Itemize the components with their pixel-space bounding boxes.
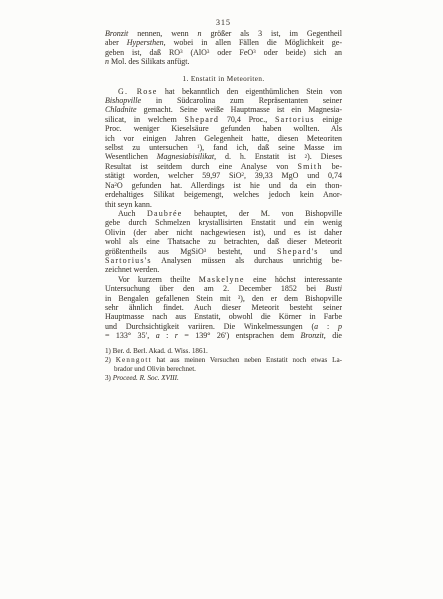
text-segment: Na (105, 181, 114, 190)
text-segment: Maskelyne (199, 275, 245, 284)
text-segment: Sartorius (275, 115, 315, 124)
text-segment: wohl als eine Thatsache zu betrachten, d… (105, 237, 342, 246)
paragraph: Vor kurzem theilte Maskelyne eine höchst… (105, 275, 342, 341)
text-segment: thit seyn kann. (105, 200, 152, 209)
text-segment: Wesentlichen (105, 152, 157, 161)
text-segment: Analysen müssen als durchaus unrichtig b… (152, 256, 342, 265)
text-segment: Shepard's (277, 247, 319, 256)
text-segment: O gefunden hat. Allerdings ist hie und d… (117, 181, 342, 190)
text-line: Wesentlichen Magnesiabisilikat, d. h. En… (105, 152, 342, 161)
text-segment: erdehaltiges Silikat beigemengt, welches… (105, 190, 342, 199)
text-segment: , 39,33 MgO und 0,74 (244, 171, 342, 180)
text-segment: , die (324, 331, 342, 340)
text-line: Hauptmasse nach aus Enstatit, obwohl die… (105, 312, 342, 321)
text-line: silicat, in welchem Shepard 70,4 Proc., … (105, 115, 342, 124)
text-segment: Busti (326, 284, 342, 293)
superscript-marker: 3 (238, 296, 240, 301)
text-line: sehr ähnlich findet. Auch dieser Meteori… (105, 303, 342, 312)
text-segment: ), den er dem Bishopville (240, 294, 342, 303)
text-segment: stätigt worden, welcher 59,97 SiO (105, 171, 241, 180)
footnote-line: 3) Proceed. R. Soc. XVIII. (105, 374, 342, 383)
text-segment: Bronzit (105, 29, 128, 38)
text-segment: gebe durch Schmelzen krystallisirten Ens… (105, 218, 342, 227)
text-segment: Bishopville (105, 96, 141, 105)
footnote-line: 2) Kenngott hat aus meinen Versuchen neb… (105, 356, 342, 365)
text-segment: 1) Ber. d. Berl. Akad. d. Wiss. 1861. (105, 347, 208, 355)
text-line: Vor kurzem theilte Maskelyne eine höchst… (105, 275, 342, 284)
superscript-marker: 2 (241, 173, 243, 178)
text-segment: Chladnite (105, 105, 137, 114)
text-line: = 133° 35′, a : r = 139° 26′) entsprache… (105, 331, 342, 340)
text-segment: = 139° 26′) entsprachen dem (178, 331, 301, 340)
text-line: Sartorius's Analysen müssen als durchaus… (105, 256, 342, 265)
text-line: n Mol. des Silikats anfügt. (105, 57, 342, 66)
text-segment: : (160, 331, 175, 340)
text-segment: Smith (297, 162, 322, 171)
text-segment: Hauptmasse nach aus Enstatit, obwohl die… (105, 312, 342, 321)
text-segment: be- (323, 162, 342, 171)
text-segment: silicat, in welchem (105, 115, 184, 124)
superscript-marker: 2 (114, 183, 116, 188)
text-segment: oder FeO (209, 48, 253, 57)
section-heading: 1. Enstatit in Meteoriten. (105, 75, 342, 84)
text-line: thit seyn kann. (105, 200, 342, 209)
text-line: größtentheils aus MgSiO3 besteht, und Sh… (105, 247, 342, 256)
paragraph: Auch Daubrée behauptet, der M. von Bisho… (105, 209, 342, 275)
text-segment: ), fand ich, daß seine Masse im (199, 143, 342, 152)
text-line: Na2O gefunden hat. Allerdings ist hie un… (105, 181, 342, 190)
text-line: Auch Daubrée behauptet, der M. von Bisho… (105, 209, 342, 218)
text-segment: Magnesiabisilikat (157, 152, 214, 161)
text-segment: Untersuchung über den am 2. December 185… (105, 284, 326, 293)
text-segment: Daubrée (147, 209, 183, 218)
text-segment: Kenngott (116, 356, 152, 364)
text-segment: in Südcarolina zum Repräsentanten seiner (141, 96, 342, 105)
text-segment: nennen, wenn (128, 29, 197, 38)
text-line: und Durchsichtigkeit variiren. Die Winke… (105, 322, 342, 331)
text-line: ich vor einigen Jahren Gelegenheit hatte… (105, 134, 342, 143)
text-line: Untersuchung über den am 2. December 185… (105, 284, 342, 293)
superscript-marker: 3 (253, 50, 255, 55)
text-segment: einige (315, 115, 342, 124)
text-segment: selbst zu untersuchen (105, 143, 197, 152)
text-segment: 70,4 Proc., (219, 115, 275, 124)
text-segment: ich vor einigen Jahren Gelegenheit hatte… (105, 134, 342, 143)
text-segment: = 133° 35′, (105, 331, 156, 340)
text-segment: zeichnet werden. (105, 265, 159, 274)
text-segment: brador und Olivin berechnet. (114, 365, 196, 373)
text-segment: p (338, 322, 342, 331)
text-segment: aber (105, 38, 127, 47)
text-segment: Hypersthen (127, 38, 164, 47)
text-line: in Bengalen gefallenen Stein mit 3), den… (105, 294, 342, 303)
text-column: Bronzit nennen, wenn n größer als 3 ist,… (105, 29, 342, 383)
text-segment: : (318, 322, 338, 331)
text-line: G. Rose hat bekanntlich den eigenthümlic… (105, 87, 342, 96)
text-segment: und (319, 247, 342, 256)
text-segment: 3) (105, 374, 113, 382)
footnote-line: brador und Olivin berechnet. (105, 365, 342, 374)
text-segment: Bronzit (301, 331, 324, 340)
text-segment: geben ist, daß RO (105, 48, 180, 57)
text-segment: ). Dieses (307, 152, 342, 161)
text-line: stätigt worden, welcher 59,97 SiO2, 39,3… (105, 171, 342, 180)
text-line: zeichnet werden. (105, 265, 342, 274)
text-segment: (AlO (183, 48, 207, 57)
text-segment: hat aus meinen Versuchen neben Enstatit … (152, 356, 342, 364)
text-segment: Shepard (184, 115, 219, 124)
text-segment: Sartorius's (105, 256, 152, 265)
text-segment: Proceed. R. Soc. XVIII. (113, 374, 179, 382)
text-segment: gemacht. Seine weiße Hauptmasse ist ein … (137, 105, 342, 114)
text-line: Bronzit nennen, wenn n größer als 3 ist,… (105, 29, 342, 38)
footnotes-block: 1) Ber. d. Berl. Akad. d. Wiss. 1861.2) … (105, 347, 342, 383)
text-segment: größer als 3 ist, im Gegentheil (202, 29, 342, 38)
text-segment: Resultat ist seitdem durch eine Analyse … (105, 162, 297, 171)
text-line: selbst zu untersuchen 1), fand ich, daß … (105, 143, 342, 152)
text-segment: hat bekanntlich den eigenthümlichen Stei… (158, 87, 342, 96)
text-line: Proc. weniger Kieselsäure gefunden haben… (105, 124, 342, 133)
text-line: geben ist, daß RO3 (AlO3 oder FeO3 oder … (105, 48, 342, 57)
superscript-marker: 2 (305, 155, 307, 160)
footnote-line: 1) Ber. d. Berl. Akad. d. Wiss. 1861. (105, 347, 342, 356)
text-segment: Olivin (der aber nicht nachgewiesen ist)… (105, 228, 342, 237)
text-segment: Proc. weniger Kieselsäure gefunden haben… (105, 124, 342, 133)
text-line: wohl als eine Thatsache zu betrachten, d… (105, 237, 342, 246)
text-segment: behauptet, der M. von Bishopville (182, 209, 342, 218)
text-segment: oder beide) sich an (256, 48, 342, 57)
text-segment: , d. h. Enstatit ist (214, 152, 305, 161)
text-segment: Auch (118, 209, 147, 218)
text-segment: in Bengalen gefallenen Stein mit (105, 294, 238, 303)
paragraph: Bronzit nennen, wenn n größer als 3 ist,… (105, 29, 342, 67)
text-segment: Vor kurzem theilte (118, 275, 199, 284)
text-line: erdehaltiges Silikat beigemengt, welches… (105, 190, 342, 199)
text-line: Resultat ist seitdem durch eine Analyse … (105, 162, 342, 171)
text-segment: sehr ähnlich findet. Auch dieser Meteori… (105, 303, 342, 312)
text-segment: Mol. des Silikats anfügt. (109, 57, 189, 66)
scanned-book-page: 315 Bronzit nennen, wenn n größer als 3 … (0, 0, 443, 599)
paragraph: G. Rose hat bekanntlich den eigenthümlic… (105, 87, 342, 209)
superscript-marker: 3 (204, 249, 206, 254)
text-segment: und Durchsichtigkeit variiren. Die Winke… (105, 322, 314, 331)
text-line: Bishopville in Südcarolina zum Repräsent… (105, 96, 342, 105)
text-segment: , wobei in allen Fällen die Möglichkeit … (164, 38, 342, 47)
text-line: Olivin (der aber nicht nachgewiesen ist)… (105, 228, 342, 237)
text-segment: 2) (105, 356, 116, 364)
text-segment: eine höchst interessante (245, 275, 342, 284)
text-segment: größtentheils aus MgSiO (105, 247, 204, 256)
superscript-marker: 3 (180, 50, 182, 55)
text-line: aber Hypersthen, wobei in allen Fällen d… (105, 38, 342, 47)
page-number: 315 (105, 18, 342, 27)
text-line: gebe durch Schmelzen krystallisirten Ens… (105, 218, 342, 227)
text-segment: besteht, und (206, 247, 277, 256)
text-segment: G. Rose (118, 87, 158, 96)
text-line: Chladnite gemacht. Seine weiße Hauptmass… (105, 105, 342, 114)
